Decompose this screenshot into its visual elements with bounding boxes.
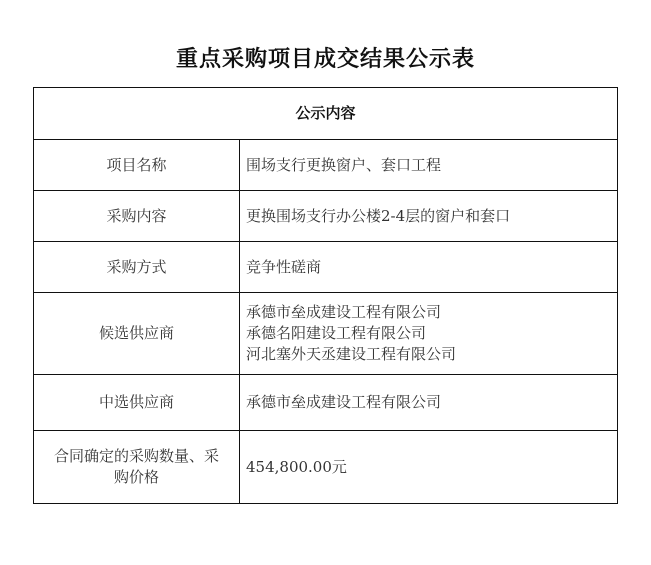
label-project-name: 项目名称 (34, 140, 240, 191)
value-selected-supplier: 承德市垒成建设工程有限公司 (240, 375, 618, 431)
table-header: 公示内容 (34, 88, 618, 140)
candidate-supplier-1: 承德市垒成建设工程有限公司 (246, 302, 617, 323)
label-procurement-method: 采购方式 (34, 242, 240, 293)
procurement-result-table: 公示内容 项目名称 围场支行更换窗户、套口工程 采购内容 更换围场支行办公楼2-… (33, 87, 618, 504)
document-title: 重点采购项目成交结果公示表 (0, 44, 651, 74)
candidate-supplier-2: 承德名阳建设工程有限公司 (246, 323, 617, 344)
table-row-procurement-method: 采购方式 竞争性磋商 (34, 242, 618, 293)
table-row-project-name: 项目名称 围场支行更换窗户、套口工程 (34, 140, 618, 191)
label-contract-price: 合同确定的采购数量、采 购价格 (34, 431, 240, 504)
table-row-selected-supplier: 中选供应商 承德市垒成建设工程有限公司 (34, 375, 618, 431)
label-candidate-suppliers: 候选供应商 (34, 293, 240, 375)
label-selected-supplier: 中选供应商 (34, 375, 240, 431)
value-candidate-suppliers: 承德市垒成建设工程有限公司 承德名阳建设工程有限公司 河北塞外天丞建设工程有限公… (240, 293, 618, 375)
table-row-candidate-suppliers: 候选供应商 承德市垒成建设工程有限公司 承德名阳建设工程有限公司 河北塞外天丞建… (34, 293, 618, 375)
value-contract-price: 454,800.00元 (240, 431, 618, 504)
label-procurement-content: 采购内容 (34, 191, 240, 242)
label-contract-price-line-2: 购价格 (34, 467, 239, 488)
value-procurement-method: 竞争性磋商 (240, 242, 618, 293)
label-contract-price-line-1: 合同确定的采购数量、采 (34, 446, 239, 467)
value-procurement-content: 更换围场支行办公楼2-4层的窗户和套口 (240, 191, 618, 242)
table-header-row: 公示内容 (34, 88, 618, 140)
table-row-contract-price: 合同确定的采购数量、采 购价格 454,800.00元 (34, 431, 618, 504)
candidate-supplier-3: 河北塞外天丞建设工程有限公司 (246, 344, 617, 365)
table-row-procurement-content: 采购内容 更换围场支行办公楼2-4层的窗户和套口 (34, 191, 618, 242)
value-project-name: 围场支行更换窗户、套口工程 (240, 140, 618, 191)
